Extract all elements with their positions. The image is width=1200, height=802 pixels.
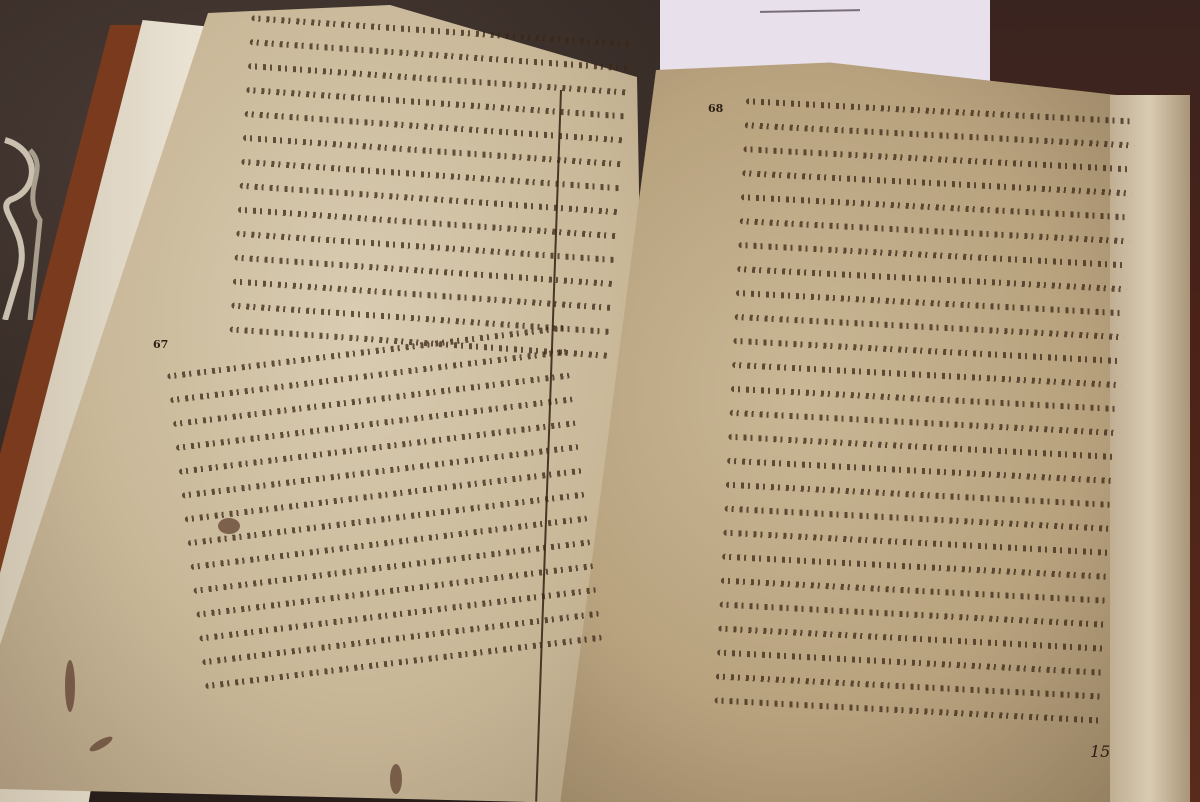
ink-stain <box>390 764 402 794</box>
manuscript-photo: 67 68 15 <box>0 0 1200 802</box>
right-text <box>714 90 1136 734</box>
left-lower-text <box>166 317 604 699</box>
bottom-page-number: 15 <box>1090 742 1110 761</box>
ink-stain <box>65 660 75 712</box>
folio-number-right: 68 <box>708 102 723 115</box>
folio-number-left: 67 <box>153 338 168 351</box>
left-upper-text <box>229 7 632 369</box>
ink-stain <box>218 518 240 534</box>
